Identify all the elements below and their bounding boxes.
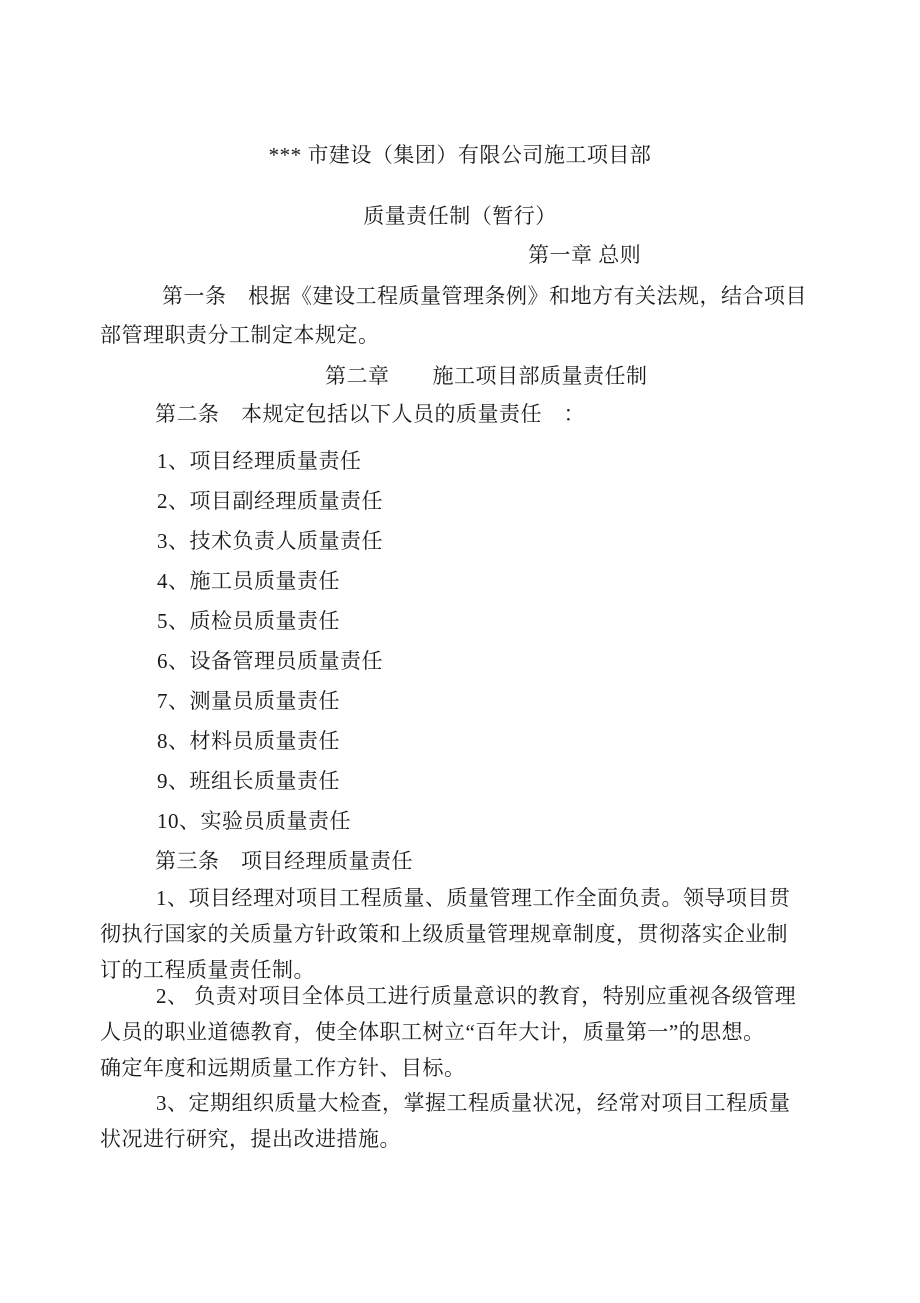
doc-line: 10、实验员质量责任 [100,810,820,832]
doc-line: 3、定期组织质量大检查，掌握工程质量状况，经常对项目工程质量 [100,1092,820,1114]
paragraph: 3、定期组织质量大检查，掌握工程质量状况，经常对项目工程质量状况进行研究，提出改… [100,1092,820,1150]
doc-line: 5、质检员质量责任 [100,610,820,632]
doc-line: 4、施工员质量责任 [100,570,820,592]
article2-intro: 第二条 本规定包括以下人员的质量责任 ： [100,403,820,425]
article3-paragraphs: 1、项目经理对项目工程质量、质量管理工作全面负责。领导项目贯彻执行国家的关质量方… [100,887,820,1150]
doc-line: 8、材料员质量责任 [100,730,820,752]
chapter1-heading: 第一章 总则 [528,244,820,266]
doc-line: 2、 负责对项目全体员工进行质量意识的教育，特别应重视各级管理 [100,985,820,1007]
doc-line: 9、班组长质量责任 [100,770,820,792]
paragraph: 2、 负责对项目全体员工进行质量意识的教育，特别应重视各级管理人员的职业道德教育… [100,985,820,1079]
doc-line: 7、测量员质量责任 [100,690,820,712]
article3-heading: 第三条 项目经理质量责任 [100,850,820,872]
doc-line: 2、项目副经理质量责任 [100,490,820,512]
doc-line: 1、项目经理质量责任 [100,450,820,472]
company-title: *** 市建设（集团）有限公司施工项目部 [100,144,820,166]
document-page: *** 市建设（集团）有限公司施工项目部 质量责任制（暂行） 第一章 总则 第一… [0,0,920,1303]
doc-line: 状况进行研究，提出改进措施。 [100,1128,820,1150]
chapter2-heading: 第二章 施工项目部质量责任制 [325,365,820,387]
doc-line: 1、项目经理对项目工程质量、质量管理工作全面负责。领导项目贯 [100,887,820,909]
doc-line: 部管理职责分工制定本规定。 [100,324,820,346]
doc-line: 确定年度和远期质量工作方针、目标。 [100,1057,820,1079]
doc-line: 彻执行国家的关质量方针政策和上级质量管理规章制度，贯彻落实企业制 [100,923,820,945]
doc-line: 第一条 根据《建设工程质量管理条例》和地方有关法规，结合项目 [100,285,820,307]
doc-line: 6、设备管理员质量责任 [100,650,820,672]
paragraph: 1、项目经理对项目工程质量、质量管理工作全面负责。领导项目贯彻执行国家的关质量方… [100,887,820,981]
doc-title: 质量责任制（暂行） [100,205,820,227]
doc-line: 人员的职业道德教育，使全体职工树立“百年大计，质量第一”的思想。 [100,1021,820,1043]
doc-line: 3、技术负责人质量责任 [100,530,820,552]
doc-line: 订的工程质量责任制。 [100,959,820,981]
article2-role-list: 1、项目经理质量责任2、项目副经理质量责任3、技术负责人质量责任4、施工员质量责… [100,450,820,832]
article1-paragraph: 第一条 根据《建设工程质量管理条例》和地方有关法规，结合项目部管理职责分工制定本… [100,285,820,346]
